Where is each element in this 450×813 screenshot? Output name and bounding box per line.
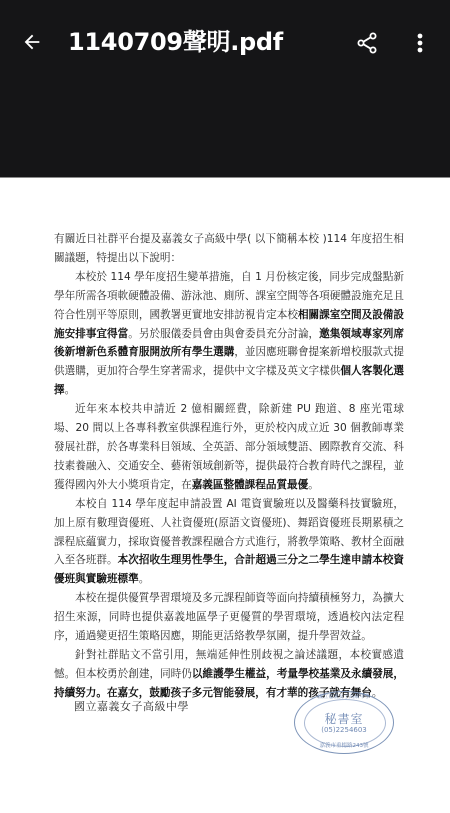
arrow-left-icon — [21, 31, 43, 53]
paragraph-text: 近年來本校共申請近 2 億相關經費，除新建 PU 跑道、8 座光電球場、20 間… — [54, 403, 404, 491]
stamp-top-text: 國立嘉義女子高級中學 — [295, 693, 393, 700]
emphasized-text: 嘉義區整體課程品質最優 — [192, 479, 309, 491]
paragraph-text: 。 — [139, 573, 150, 585]
more-options-button[interactable] — [408, 30, 432, 56]
back-button[interactable] — [18, 28, 46, 56]
share-icon — [355, 31, 379, 55]
pdf-page[interactable]: 有關近日社群平台提及嘉義女子高級中學( 以下簡稱本校 )114 年度招生相關議題… — [0, 178, 450, 813]
paragraph-text: 。另於服儀委員會由與會委員充分討論， — [128, 328, 319, 340]
app-bar: 1140709聲明.pdf — [0, 0, 450, 178]
stamp-bottom-text: 嘉義市垂楊路243號 — [295, 741, 393, 749]
paragraph-text: 本校在提供優質學習環境及多元課程師資等面向持續積極努力，為擴大招生來源，同時也提… — [54, 592, 404, 642]
office-seal-stamp: 國立嘉義女子高級中學 秘書室 (05)2254603 嘉義市垂楊路243號 — [294, 691, 394, 754]
share-button[interactable] — [354, 30, 380, 56]
document-title: 1140709聲明.pdf — [68, 22, 283, 57]
paragraph-text: 。 — [308, 479, 319, 491]
document-paragraph: 本校在提供優質學習環境及多元課程師資等面向持續積極努力，為擴大招生來源，同時也提… — [54, 589, 404, 646]
document-paragraph: 近年來本校共申請近 2 億相關經費，除新建 PU 跑道、8 座光電球場、20 間… — [54, 400, 404, 495]
signature-school-name: 國立嘉義女子高級中學 — [74, 698, 189, 714]
stamp-phone: (05)2254603 — [295, 726, 393, 734]
document-paragraph: 有關近日社群平台提及嘉義女子高級中學( 以下簡稱本校 )114 年度招生相關議題… — [54, 230, 404, 268]
paragraph-text: 。 — [65, 384, 76, 396]
more-vert-icon — [416, 31, 424, 55]
document-body: 有關近日社群平台提及嘉義女子高級中學( 以下簡稱本校 )114 年度招生相關議題… — [54, 230, 404, 703]
stamp-main-text: 秘書室 — [295, 710, 393, 727]
paragraph-text: 有關近日社群平台提及嘉義女子高級中學( 以下簡稱本校 )114 年度招生相關議題… — [54, 233, 404, 264]
document-paragraph: 本校自 114 學年度起申請設置 AI 電資實驗班以及醫藥科技實驗班，加上原有數… — [54, 495, 404, 590]
document-paragraph: 本校於 114 學年度招生變革措施，自 1 月份核定後，同步完成盤點新學年所需各… — [54, 268, 404, 400]
